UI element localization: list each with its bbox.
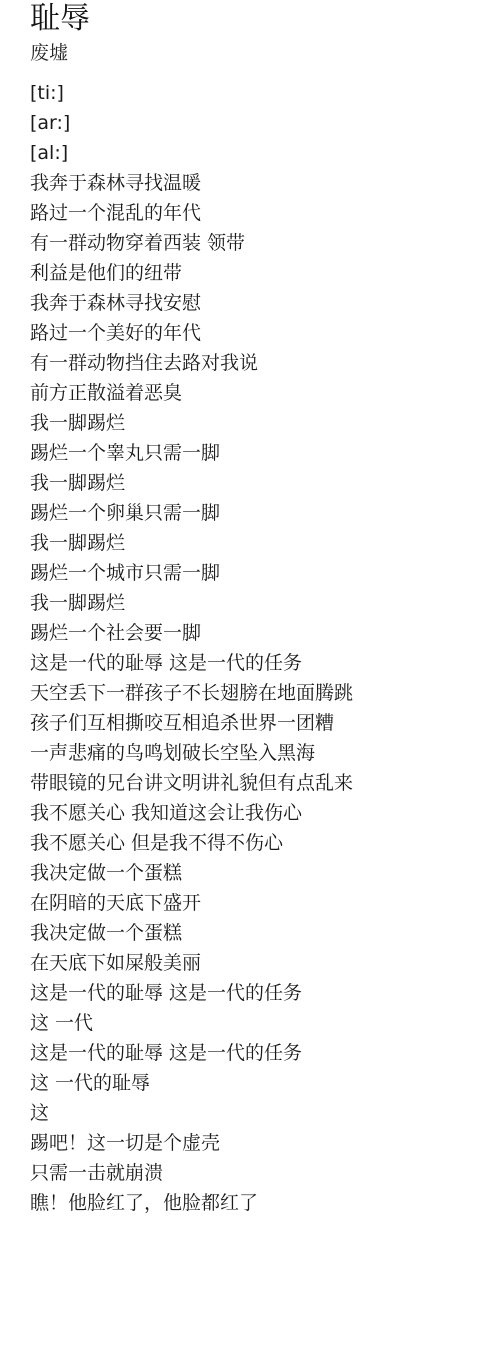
lyric-line: 有一群动物挡住去路对我说 (30, 348, 353, 378)
lyric-line: 踢烂一个睾丸只需一脚 (30, 438, 353, 468)
lyric-line-al-tag: [al:] (30, 138, 353, 168)
lyric-line: 我决定做一个蛋糕 (30, 858, 353, 888)
lyric-line: 这是一代的耻辱 这是一代的任务 (30, 648, 353, 678)
lyrics-page: 耻辱 废墟 [ti:] [ar:] [al:] 我奔于森林寻找温暖 路过一个混乱… (30, 0, 500, 68)
lyric-line: 我一脚踢烂 (30, 588, 353, 618)
lyric-line: 路过一个混乱的年代 (30, 198, 353, 228)
lyric-line: 我决定做一个蛋糕 (30, 918, 353, 948)
lyric-line: 这 一代的耻辱 (30, 1068, 353, 1098)
lyric-line: 天空丢下一群孩子不长翅膀在地面腾跳 (30, 678, 353, 708)
lyric-line: 这是一代的耻辱 这是一代的任务 (30, 978, 353, 1008)
lyric-line: 踢烂一个城市只需一脚 (30, 558, 353, 588)
lyric-line: 孩子们互相撕咬互相追杀世界一团糟 (30, 708, 353, 738)
lyric-line: 前方正散溢着恶臭 (30, 378, 353, 408)
lyric-line: 在天底下如屎般美丽 (30, 948, 353, 978)
lyric-line: 我一脚踢烂 (30, 528, 353, 558)
lyric-line: 我一脚踢烂 (30, 468, 353, 498)
lyric-line: 有一群动物穿着西装 领带 (30, 228, 353, 258)
lyric-line: 路过一个美好的年代 (30, 318, 353, 348)
lyric-line: 我奔于森林寻找安慰 (30, 288, 353, 318)
lyric-line: 我奔于森林寻找温暖 (30, 168, 353, 198)
song-title: 耻辱 (30, 0, 500, 38)
lyric-line: 踢烂一个社会要一脚 (30, 618, 353, 648)
lyrics-list: [ti:] [ar:] [al:] 我奔于森林寻找温暖 路过一个混乱的年代 有一… (30, 78, 353, 1218)
lyric-line-ti-tag: [ti:] (30, 78, 353, 108)
lyric-line: 带眼镜的兄台讲文明讲礼貌但有点乱来 (30, 768, 353, 798)
lyric-line-ar-tag: [ar:] (30, 108, 353, 138)
lyric-line: 利益是他们的纽带 (30, 258, 353, 288)
lyric-line: 这是一代的耻辱 这是一代的任务 (30, 1038, 353, 1068)
lyric-line: 我一脚踢烂 (30, 408, 353, 438)
lyric-line: 只需一击就崩溃 (30, 1158, 353, 1188)
lyric-line: 瞧！他脸红了，他脸都红了 (30, 1188, 353, 1218)
lyric-line: 我不愿关心 但是我不得不伤心 (30, 828, 353, 858)
lyric-line: 这 一代 (30, 1008, 353, 1038)
lyric-line: 踢烂一个卵巢只需一脚 (30, 498, 353, 528)
lyric-line: 这 (30, 1098, 353, 1128)
lyric-line: 我不愿关心 我知道这会让我伤心 (30, 798, 353, 828)
artist-name: 废墟 (30, 38, 500, 68)
lyric-line: 在阴暗的天底下盛开 (30, 888, 353, 918)
lyric-line: 踢吧！这一切是个虚壳 (30, 1128, 353, 1158)
lyric-line: 一声悲痛的鸟鸣划破长空坠入黑海 (30, 738, 353, 768)
